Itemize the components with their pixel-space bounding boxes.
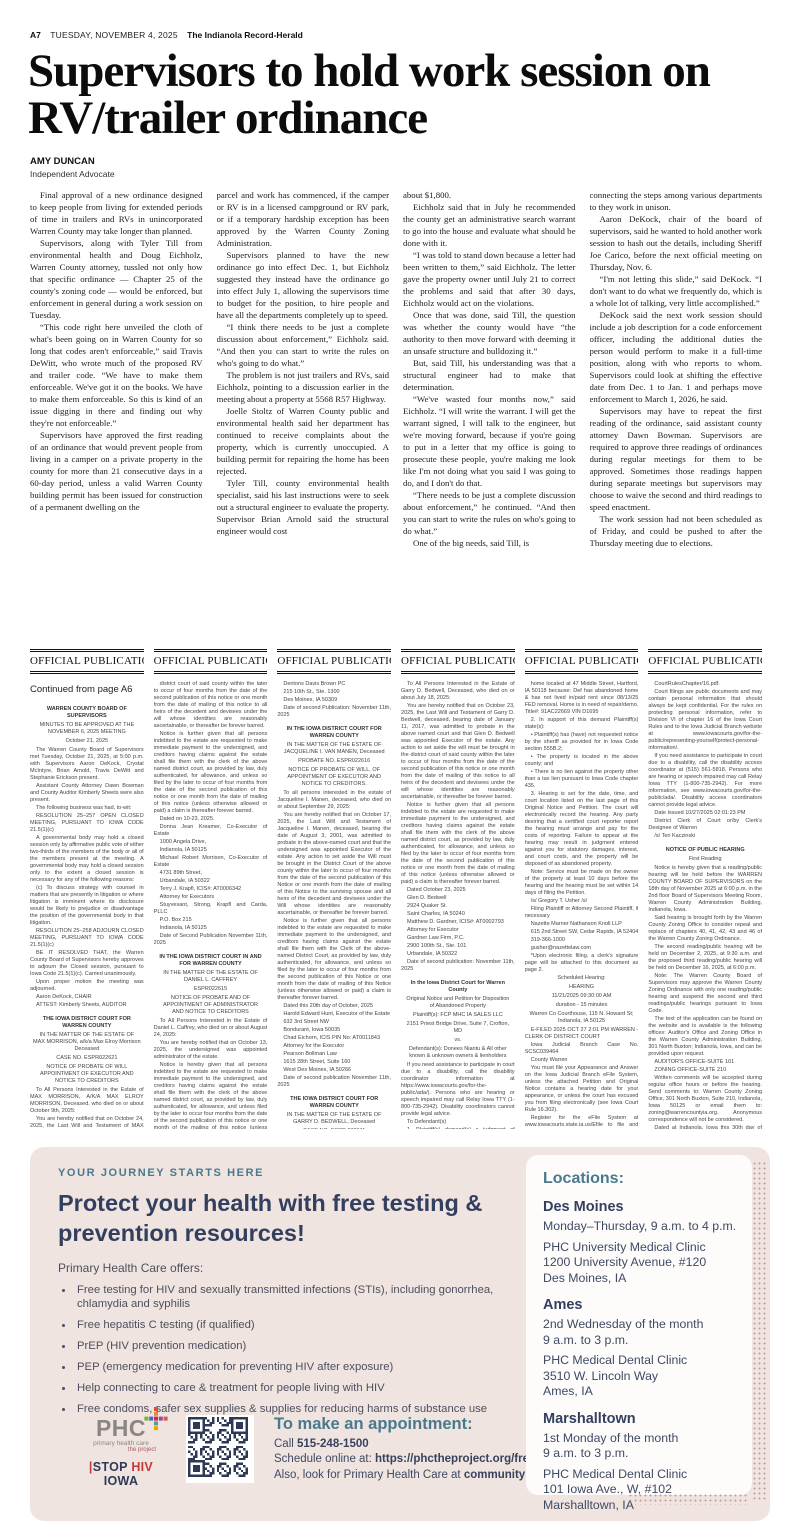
- notice-block: P.O. Box 215: [154, 917, 268, 924]
- notice-block: The following business was had, to-wit:: [30, 805, 144, 812]
- article-paragraph: “There needs to be just a complete discu…: [403, 489, 576, 537]
- ad-main-copy: YOUR JOURNEY STARTS HERE Protect your he…: [58, 1167, 538, 1424]
- location-city: Des Moines: [543, 1199, 740, 1215]
- article-paragraph: Aaron DeKock, chair of the board of supe…: [590, 213, 763, 273]
- notice-block: IN THE MATTER OF THE ESTATE OF MAX MORRI…: [33, 1032, 141, 1053]
- notice-block: Dentons Davis Brown PC: [277, 681, 391, 688]
- notice-block: district court of said county within the…: [154, 681, 268, 730]
- notice-block: Nazette Marner Nathanson Knoll LLP: [525, 921, 639, 928]
- iowa-label: IOWA: [104, 1474, 139, 1488]
- article-body: Final approval of a new ordinance design…: [30, 189, 762, 633]
- notice-block: /s/ Gregory T. Usher /s/: [525, 898, 639, 905]
- notice-block: Bondurant, Iowa 50035: [277, 1027, 391, 1034]
- article-paragraph: Eichholz said that in July he recommende…: [403, 201, 576, 249]
- article-paragraph: parcel and work has commenced, if the ca…: [217, 189, 390, 249]
- notice-block: Written comments will be accepted during…: [648, 1075, 762, 1124]
- notice-block: 2151 Priest Bridge Drive, Suite 7, Croft…: [404, 1021, 512, 1035]
- official-publication-column: OFFICIAL PUBLICATIONContinued from page …: [30, 649, 144, 1129]
- notice-block: Terry J. Krapfl, ICIS#: AT0006342: [154, 886, 268, 893]
- notice-block: You are hereby notified that on October …: [154, 1040, 268, 1061]
- notice-block: You are hereby notified that on October …: [401, 703, 515, 801]
- notice-block: District Clerk of Court or/by Clerk's De…: [648, 818, 762, 832]
- notice-block: Dated on 10-23, 2025.: [154, 816, 268, 823]
- phone-number: 515-248-1500: [297, 1438, 369, 1450]
- notice-block: THE IOWA DISTRICT COURT FOR WARREN COUNT…: [33, 1016, 141, 1030]
- notice-block: Notice is further given that all persons…: [277, 918, 391, 1002]
- notice-block: Notice is further given that all persons…: [154, 731, 268, 815]
- article-paragraph: One of the big needs, said Till, is: [403, 537, 576, 549]
- notice-block: CASE NO. ESPR 032611: [280, 1128, 388, 1129]
- notice-block: gusher@nazettelaw.com: [525, 945, 639, 952]
- location-entry: Des MoinesMonday–Thursday, 9 a.m. to 4 p…: [543, 1199, 740, 1286]
- notice-block: Urbandale, IA 50322: [401, 951, 515, 958]
- notice-block: 632 3rd Street NW: [277, 1019, 391, 1026]
- article-paragraph: The work session had not been scheduled …: [590, 513, 763, 549]
- notice-block: Date Issued 10/27/2025 02:01:23 PM: [648, 810, 762, 817]
- ad-bullet: Free testing for HIV and sexually transm…: [74, 1284, 538, 1311]
- notice-block: Plaintiff(s): FCP MHC IA SALES LLC: [404, 1012, 512, 1019]
- article-paragraph: about $1,800.: [403, 189, 576, 201]
- notice-block: The Warren County Board of Supervisors m…: [30, 747, 144, 782]
- notice-block: 4731 89th Street,: [154, 870, 268, 877]
- masthead-date: TUESDAY, NOVEMBER 4, 2025: [50, 30, 178, 40]
- notice-block: To Defendant(s): [401, 1119, 515, 1126]
- notice-block: Matthew D. Gardner, ICIS#: AT0002793: [401, 919, 515, 926]
- notice-block: NOTICE OF PROBATE AND OF APPOINTMENT OF …: [157, 995, 265, 1016]
- phc-logo-cross-icon: [144, 1407, 168, 1431]
- notice-block: 1000 Angela Drive,: [154, 839, 268, 846]
- notice-block: IN THE IOWA DISTRICT COURT IN AND FOR WA…: [157, 954, 265, 968]
- notice-block: Assistant County Attorney Dawn Bowman an…: [30, 783, 144, 804]
- notice-block: Date of second publication: November 11t…: [401, 959, 515, 973]
- article-column: Final approval of a new ordinance design…: [30, 189, 203, 633]
- notice-block: Note: Service must be made on the owner …: [525, 869, 639, 897]
- notice-block: NOTICE OF PROBATE OF WILL APPOINTMENT OF…: [33, 1064, 141, 1085]
- notice-block: Donna Jean Kreamer, Co-Executor of Estat…: [154, 824, 268, 838]
- notice-block: October 21, 2025: [33, 738, 141, 745]
- notice-block: To All Persons Interested in the Estate …: [154, 1018, 268, 1039]
- notice-block: 2924 Quaker St.: [401, 903, 515, 910]
- notice-body: home located at 47 Middle Street, Hartfo…: [525, 681, 639, 1129]
- notice-block: 11/21/2025 09:30:00 AM: [528, 993, 636, 1000]
- article-paragraph: connecting the steps among various depar…: [590, 189, 763, 213]
- notice-block: IN THE IOWA DISTRICT COURT FOR WARREN CO…: [280, 726, 388, 740]
- notice-block: To All Persons Interested in the Estate …: [401, 681, 515, 702]
- notice-block: 1615 28th Street, Suite 160: [277, 1059, 391, 1066]
- notice-block: Register for the eFile System at www.iow…: [525, 1115, 639, 1129]
- notice-block: CASE NO. ESPR022621: [33, 1055, 141, 1062]
- ad-bullet: PrEP (HIV prevention medication): [74, 1340, 538, 1354]
- notice-block: The text of the application can be found…: [648, 1016, 762, 1058]
- notice-block: Date of Second Publication November 11th…: [154, 933, 268, 947]
- notice-block: 615 2nd Street SW, Cedar Rapids, IA 5240…: [525, 929, 639, 936]
- locations-card: Locations: Des MoinesMonday–Thursday, 9 …: [526, 1155, 752, 1495]
- notice-block: Continued from page A6: [30, 684, 144, 696]
- official-publication-column: OFFICIAL PUBLICATIONCourtRulesChapter/16…: [648, 649, 762, 1129]
- article-paragraph: Supervisors, along with Tyler Till from …: [30, 237, 203, 321]
- notice-block: Date of second publication November 11th…: [277, 1075, 391, 1089]
- article-paragraph: The problem is not just trailers and RVs…: [217, 369, 390, 405]
- notice-block: (c) To discuss strategy with counsel in …: [30, 885, 144, 927]
- notice-block: Scheduled Hearing:: [528, 975, 636, 982]
- official-publication-header: OFFICIAL PUBLICATION: [525, 649, 639, 674]
- notice-block: IN THE MATTER OF THE ESTATE OF DANIEL L.…: [157, 970, 265, 984]
- notice-block: • There is no lien against the property …: [525, 769, 639, 790]
- notice-block: West Des Moines, IA 50266: [277, 1067, 391, 1074]
- notice-block: ZONING OFFICE-SUITE 210: [648, 1067, 762, 1074]
- notice-block: Date of second Publication: November 11t…: [277, 705, 391, 719]
- notice-block: Attorney for Executors: [154, 894, 268, 901]
- official-publication-header: OFFICIAL PUBLICATION: [648, 649, 762, 674]
- notice-block: *Upon electronic filing, a clerk's signa…: [525, 953, 639, 974]
- article-paragraph: But, said Till, his understanding was th…: [403, 357, 576, 393]
- article-paragraph: Supervisors planned to have the new ordi…: [217, 249, 390, 321]
- notice-block: ATTEST: Kimberly Sheets, AUDITOR: [30, 1002, 144, 1009]
- notice-block: Dated this 20th day of October, 2025: [277, 1003, 391, 1010]
- location-city: Ames: [543, 1297, 740, 1313]
- notice-block: BE IT RESOLVED THAT, the Warren County B…: [30, 950, 144, 978]
- article-headline: Supervisors to hold work session on RV/t…: [28, 48, 764, 142]
- article-paragraph: “I think there needs to be just a comple…: [217, 321, 390, 369]
- notice-block: Urbandale, IA 50322: [154, 878, 268, 885]
- notice-block: Dated October 23, 2025: [401, 887, 515, 894]
- byline-organization: Independent Advocate: [30, 169, 762, 179]
- notice-block: Attorney for the Executor: [277, 1043, 391, 1050]
- notice-block: NOTICE OF PROBATE OF WILL, OF APPOINTMEN…: [280, 767, 388, 788]
- notice-block: WARREN COUNTY BOARD OF SUPERVISORS: [33, 706, 141, 720]
- notice-block: AUDITOR'S OFFICE-SUITE 101: [648, 1059, 762, 1066]
- location-schedule: 1st Monday of the month9 a.m. to 3 p.m.: [543, 1431, 740, 1462]
- article-paragraph: Final approval of a new ordinance design…: [30, 189, 203, 237]
- notice-block: Iowa Judicial Branch Case No. SCSC039464: [525, 1042, 639, 1056]
- official-publication-header: OFFICIAL PUBLICATION: [401, 649, 515, 674]
- official-publication-header: OFFICIAL PUBLICATION: [30, 649, 144, 674]
- dot-pattern-horizontal: [628, 1493, 748, 1505]
- events-text: Also, look for Primary Health Care at: [274, 1469, 461, 1481]
- notice-block: /s/ Teri Kaczinski: [648, 833, 762, 840]
- notice-block: RESOLUTION 25–258 ADJOURN CLOSED MEETING…: [30, 928, 144, 949]
- notice-block: Filing Plaintiff or Attorney Second Plai…: [525, 906, 639, 920]
- notice-body: district court of said county within the…: [154, 681, 268, 1129]
- page-number: A7: [30, 30, 41, 40]
- article-column: parcel and work has commenced, if the ca…: [217, 189, 390, 633]
- notice-block: Gardner Law Firm, P.C.: [401, 935, 515, 942]
- notice-block: IN THE MATTER OF THE ESTATE OF JACQUELIN…: [280, 742, 388, 756]
- notice-block: Notice is hereby given that all persons …: [154, 1062, 268, 1129]
- notice-block: Chad Eichorn, ICIS PIN No: AT0011843: [277, 1035, 391, 1042]
- dot-pattern-vertical: [752, 1161, 767, 1501]
- notice-block: Attorney for Executor: [401, 927, 515, 934]
- notice-block: vs.: [404, 1037, 512, 1044]
- byline: AMY DUNCAN Independent Advocate: [30, 156, 762, 179]
- ad-bullet-list: Free testing for HIV and sexually transm…: [74, 1284, 538, 1416]
- notice-block: In the Iowa District Court for Warren Co…: [404, 980, 512, 994]
- notice-block: Upon proper motion the meeting was adjou…: [30, 979, 144, 993]
- notice-block: HEARING: [528, 984, 636, 991]
- official-publication-column: OFFICIAL PUBLICATIONTo All Persons Inter…: [401, 649, 515, 1129]
- masthead: A7 TUESDAY, NOVEMBER 4, 2025 The Indiano…: [30, 30, 762, 40]
- notice-body: To All Persons Interested in the Estate …: [401, 681, 515, 1129]
- call-label: Call: [274, 1438, 294, 1450]
- notice-body: Dentons Davis Brown PC215 10th St., Ste.…: [277, 681, 391, 1129]
- notice-block: Indianola, IA 50125: [154, 847, 268, 854]
- notice-block: duration - 15 minutes: [528, 1002, 636, 1009]
- stop-hiv-iowa-logo: |STOP HIV IOWA: [72, 1460, 170, 1488]
- article-paragraph: Supervisors have approved the first read…: [30, 429, 203, 513]
- online-label: Schedule online at:: [274, 1453, 372, 1465]
- notice-block: Notice is hereby given that a reading/pu…: [648, 865, 762, 914]
- notice-block: If you need assistance to participate in…: [648, 753, 762, 809]
- phc-logo: PHC primary health care the project: [72, 1415, 170, 1488]
- locations-heading: Locations:: [543, 1170, 740, 1188]
- notice-block: To All Persons Interested in the Estate …: [30, 1087, 144, 1115]
- notice-block: To all persons interested in the estate …: [277, 790, 391, 811]
- official-publication-column: OFFICIAL PUBLICATIONdistrict court of sa…: [154, 649, 268, 1129]
- ad-bullet: Free hepatitis C testing (if qualified): [74, 1319, 538, 1333]
- notice-block: Original Notice and Petition for Disposi…: [404, 996, 512, 1010]
- notice-block: PROBATE NO. ESPR022616: [280, 758, 388, 765]
- notice-block: 2. In support of this demand Plaintiff(s…: [525, 717, 639, 731]
- notice-body: CourtRulesChapter/16.pdf.Court filings a…: [648, 681, 762, 1129]
- notice-block: Defendant(s): Donees Niantu & All other …: [404, 1046, 512, 1060]
- ad-offers-label: Primary Health Care offers:: [58, 1261, 538, 1275]
- phc-logo-text: PHC: [96, 1415, 146, 1441]
- ad-title: Protect your health with free testing & …: [58, 1188, 538, 1248]
- notice-block: 3. Hearing is set for the date, time, an…: [525, 791, 639, 868]
- notice-body: Continued from page A6WARREN COUNTY BOAR…: [30, 681, 144, 1129]
- notice-block: THE IOWA DISTRICT COURT FOR WARREN COUNT…: [280, 1096, 388, 1110]
- official-publication-column: OFFICIAL PUBLICATIONhome located at 47 M…: [525, 649, 639, 1129]
- stop-label: STOP: [93, 1460, 128, 1474]
- ad-footer-row: PHC primary health care the project: [72, 1415, 577, 1488]
- notice-block: Court filings are public documents and m…: [648, 689, 762, 752]
- notice-block: Said hearing is brought forth by the War…: [648, 915, 762, 943]
- article-paragraph: DeKock said the next work session should…: [590, 309, 763, 405]
- phc-advertisement: YOUR JOURNEY STARTS HERE Protect your he…: [30, 1147, 770, 1521]
- article-paragraph: Supervisors may have to repeat the first…: [590, 405, 763, 513]
- location-clinic: PHC Medical Dental Clinic101 Iowa Ave., …: [543, 1467, 740, 1514]
- notice-block: Aaron DeKock, CHAIR: [30, 994, 144, 1001]
- location-clinic: PHC University Medical Clinic1200 Univer…: [543, 1240, 740, 1287]
- article-paragraph: Joelle Stoltz of Warren County public an…: [217, 405, 390, 477]
- notice-block: CourtRulesChapter/16.pdf.: [648, 681, 762, 688]
- masthead-paper-name: The Indianola Record-Herald: [187, 30, 303, 40]
- article-paragraph: Tyler Till, county environmental health …: [217, 477, 390, 537]
- official-publication-header: OFFICIAL PUBLICATION: [154, 649, 268, 674]
- ad-bullet: PEP (emergency medication for preventing…: [74, 1361, 538, 1375]
- notice-block: Notice is further given that all persons…: [401, 802, 515, 886]
- notice-block: You are hereby notified that on October …: [277, 812, 391, 917]
- notice-block: Note: The Warren County Board of Supervi…: [648, 973, 762, 1015]
- hiv-label: HIV: [131, 1460, 153, 1474]
- article-column: about $1,800.Eichholz said that in July …: [403, 189, 576, 633]
- notice-block: A governmental body may hold a closed se…: [30, 835, 144, 884]
- ad-kicker: YOUR JOURNEY STARTS HERE: [58, 1167, 538, 1179]
- official-publication-column: OFFICIAL PUBLICATIONDentons Davis Brown …: [277, 649, 391, 1129]
- notice-block: The second reading/public hearing will b…: [648, 944, 762, 972]
- official-publications-section: OFFICIAL PUBLICATIONContinued from page …: [30, 649, 762, 1129]
- notice-block: 215 10th St., Ste. 1300: [277, 689, 391, 696]
- notice-block: You are hereby notified that on October …: [30, 1116, 144, 1129]
- locations-list: Des MoinesMonday–Thursday, 9 a.m. to 4 p…: [543, 1199, 740, 1513]
- notice-block: • Plaintiff(s) has (have) not requested …: [525, 732, 639, 753]
- notice-block: RESOLUTION 25–257 OPEN CLOSED MEETING, P…: [30, 813, 144, 834]
- notice-block: If you need assistance to participate in…: [401, 1062, 515, 1118]
- location-schedule: Monday–Thursday, 9 a.m. to 4 p.m.: [543, 1219, 740, 1235]
- phc-logo-project: the project: [72, 1447, 156, 1453]
- notice-block: 319-366-1000: [525, 937, 639, 944]
- notice-block: IN THE MATTER OF THE ESTATE OF GARRY D. …: [280, 1112, 388, 1126]
- notice-block: Warren Co Courthouse, 115 N. Howard St; …: [528, 1011, 636, 1025]
- notice-block: MINUTES TO BE APPROVED AT THE NOVEMBER 6…: [33, 722, 141, 736]
- notice-block: Harold Edward Hunt, Executor of the Esta…: [277, 1011, 391, 1018]
- notice-block: Stuyvesant, Strong, Krapfl and Carda, PL…: [154, 902, 268, 916]
- article-paragraph: “I'm not letting this slide,” said DeKoc…: [590, 273, 763, 309]
- notice-block: Des Moines, IA 50309: [277, 697, 391, 704]
- notice-block: County Warren: [525, 1057, 639, 1064]
- notice-block: Pearson Bollman Law: [277, 1051, 391, 1058]
- notice-block: Michael Robert Morrison, Co-Executor of …: [154, 855, 268, 869]
- notice-block: Indianola, IA 50125: [154, 925, 268, 932]
- notice-block: E-FILED 2025 OCT 27 2:01 PM WARREN - CLE…: [525, 1027, 639, 1041]
- notice-block: home located at 47 Middle Street, Hartfo…: [525, 681, 639, 716]
- notice-block: Glen D. Bedwell: [401, 895, 515, 902]
- notice-block: You must file your Appearance and Answer…: [525, 1065, 639, 1114]
- article-paragraph: “I was told to stand down because a lett…: [403, 249, 576, 309]
- notice-block: First Reading: [651, 856, 759, 863]
- article-paragraph: Once that was done, said Till, the quest…: [403, 309, 576, 357]
- article-column: connecting the steps among various depar…: [590, 189, 763, 633]
- newspaper-page: A7 TUESDAY, NOVEMBER 4, 2025 The Indiano…: [0, 0, 792, 1530]
- location-city: Marshalltown: [543, 1411, 740, 1427]
- location-entry: Ames2nd Wednesday of the month9 a.m. to …: [543, 1297, 740, 1400]
- notice-block: Saint Charles, IA 50240: [401, 911, 515, 918]
- official-publication-header: OFFICIAL PUBLICATION: [277, 649, 391, 674]
- notice-block: NOTICE OF PUBLIC HEARING: [651, 847, 759, 854]
- location-schedule: 2nd Wednesday of the month9 a.m. to 3 p.…: [543, 1317, 740, 1348]
- ad-bullet: Help connecting to care & treatment for …: [74, 1382, 538, 1396]
- location-clinic: PHC Medical Dental Clinic3510 W. Lincoln…: [543, 1353, 740, 1400]
- notice-block: • The property is located in the above c…: [525, 754, 639, 768]
- notice-block: Dated at Indianola, Iowa this 30th day o…: [648, 1125, 762, 1129]
- article-paragraph: “This code right here unveiled the cloth…: [30, 321, 203, 429]
- article-paragraph: “We've wasted four months now,” said Eic…: [403, 393, 576, 489]
- notice-block: 2900 100th St., Ste. 101: [401, 943, 515, 950]
- notice-block: ESPR022615: [157, 986, 265, 993]
- qr-code: [186, 1415, 254, 1483]
- notice-block: 1. Plaintiff(s) demand(s) a judgment of …: [401, 1127, 515, 1129]
- byline-author: AMY DUNCAN: [30, 156, 762, 167]
